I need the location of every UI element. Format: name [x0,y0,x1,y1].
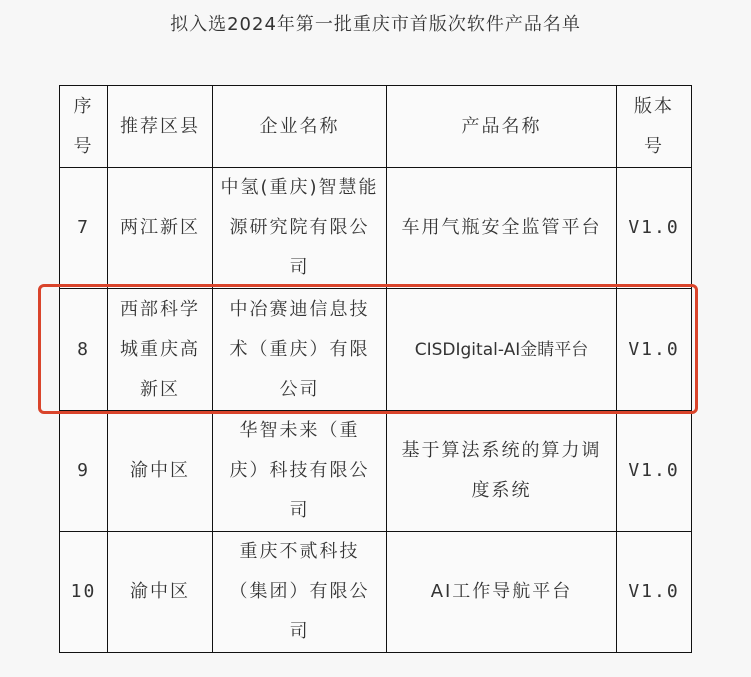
cell-version: V1.0 [617,168,692,289]
cell-seq: 10 [60,532,108,653]
header-seq: 序号 [60,86,108,168]
cell-seq: 8 [60,289,108,411]
header-version: 版本号 [617,86,692,168]
header-district: 推荐区县 [108,86,213,168]
cell-version: V1.0 [617,411,692,532]
cell-company: 重庆不贰科技（集团）有限公司 [213,532,387,653]
document-title: 拟入选2024年第一批重庆市首版次软件产品名单 [0,10,751,36]
cell-company: 中氢(重庆)智慧能源研究院有限公司 [213,168,387,289]
table-row: 10 渝中区 重庆不贰科技（集团）有限公司 AI工作导航平台 V1.0 [60,532,692,653]
cell-version: V1.0 [617,532,692,653]
header-company: 企业名称 [213,86,387,168]
cell-company: 中冶赛迪信息技术（重庆）有限公司 [213,289,387,411]
cell-company: 华智未来（重庆）科技有限公司 [213,411,387,532]
cell-district: 渝中区 [108,532,213,653]
table-header-row: 序号 推荐区县 企业名称 产品名称 版本号 [60,86,692,168]
cell-product: AI工作导航平台 [387,532,617,653]
cell-product: 车用气瓶安全监管平台 [387,168,617,289]
table-row: 8 西部科学城重庆高新区 中冶赛迪信息技术（重庆）有限公司 CISDIgital… [60,289,692,411]
table-row: 9 渝中区 华智未来（重庆）科技有限公司 基于算法系统的算力调度系统 V1.0 [60,411,692,532]
cell-district: 渝中区 [108,411,213,532]
cell-version: V1.0 [617,289,692,411]
cell-seq: 9 [60,411,108,532]
cell-product: 基于算法系统的算力调度系统 [387,411,617,532]
product-list-table: 序号 推荐区县 企业名称 产品名称 版本号 7 两江新区 中氢(重庆)智慧能源研… [59,85,692,653]
cell-product: CISDIgital-AI金睛平台 [387,289,617,411]
header-product: 产品名称 [387,86,617,168]
cell-district: 西部科学城重庆高新区 [108,289,213,411]
cell-district: 两江新区 [108,168,213,289]
table-row: 7 两江新区 中氢(重庆)智慧能源研究院有限公司 车用气瓶安全监管平台 V1.0 [60,168,692,289]
cell-seq: 7 [60,168,108,289]
